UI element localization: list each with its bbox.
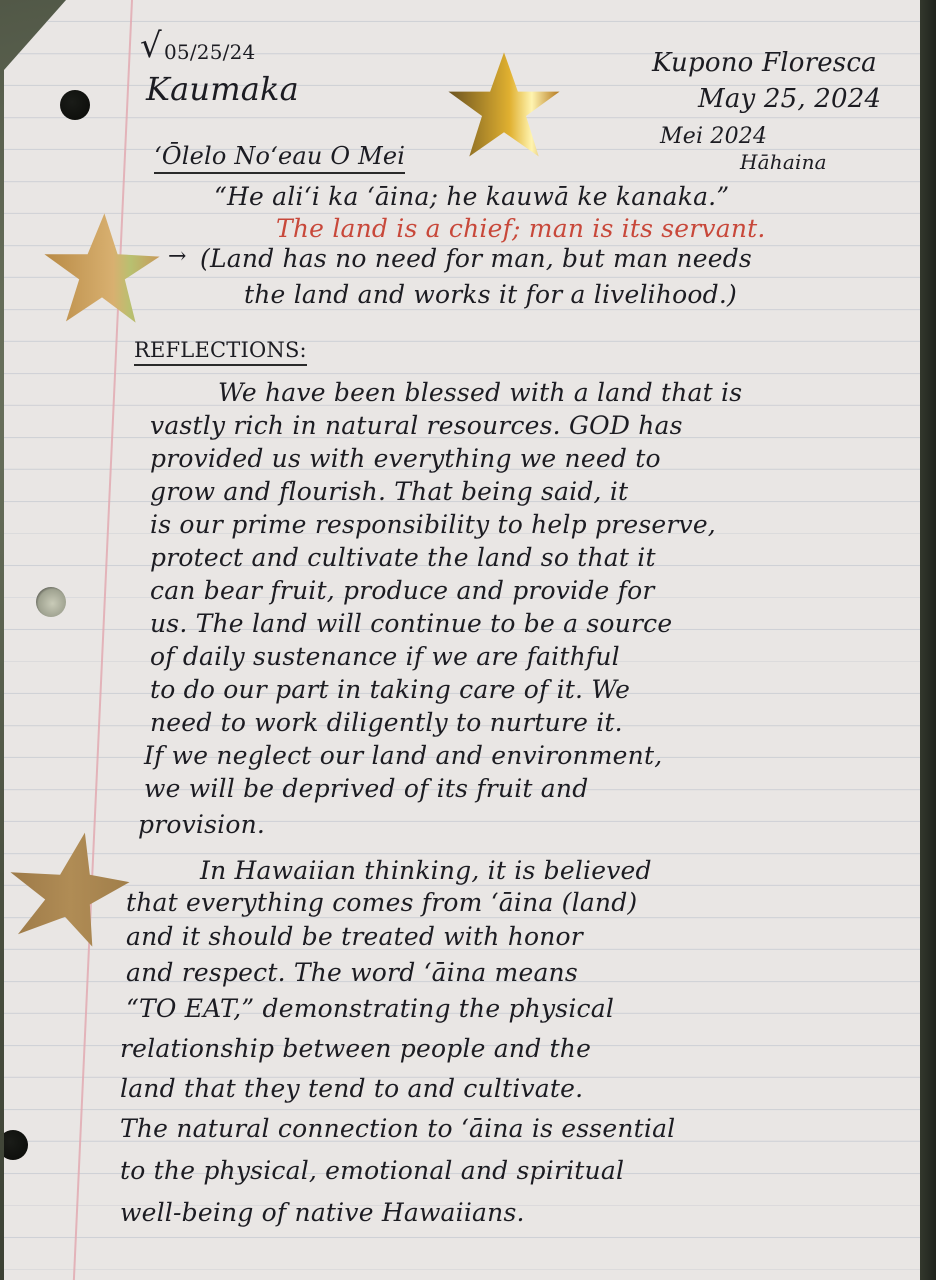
text-line: In Hawaiian thinking, it is believed	[200, 856, 652, 885]
month-label: Mei 2024	[660, 124, 767, 149]
text-line: we will be deprived of its fruit and	[144, 774, 588, 803]
author-name: Kupono Floresca	[652, 48, 877, 78]
text-line: protect and cultivate the land so that i…	[150, 543, 656, 572]
notebook-page: √ 05/25/24 Kaumaka Kupono Floresca May 2…	[4, 0, 920, 1280]
text-line: land that they tend to and cultivate.	[120, 1074, 583, 1103]
section-heading: REFLECTIONS:	[134, 338, 307, 366]
proverb-explanation-line: (Land has no need for man, but man needs	[200, 244, 752, 273]
check-mark: √	[140, 26, 162, 66]
text-line: We have been blessed with a land that is	[218, 378, 742, 407]
entry-date: 05/25/24	[164, 40, 255, 64]
gold-star-sticker-icon	[444, 50, 564, 160]
text-line: of daily sustenance if we are faithful	[150, 642, 620, 671]
header-date: May 25, 2024	[698, 84, 881, 114]
gold-star-sticker-icon	[8, 826, 132, 952]
text-line: provided us with everything we need to	[150, 444, 661, 473]
page-title: ʻŌlelo Noʻeau O Mei	[154, 142, 405, 174]
punch-hole-top	[60, 90, 90, 120]
text-line: grow and flourish. That being said, it	[150, 477, 628, 506]
text-line: and respect. The word ʻāina means	[126, 958, 578, 987]
text-line: us. The land will continue to be a sourc…	[150, 609, 672, 638]
text-line: relationship between people and the	[120, 1034, 591, 1063]
text-line: provision.	[138, 810, 265, 839]
text-line: If we neglect our land and environment,	[144, 741, 662, 770]
text-line: need to work diligently to nurture it.	[150, 708, 623, 737]
text-line: well-being of native Hawaiians.	[120, 1198, 525, 1227]
proverb-hawaiian: “He aliʻi ka ʻāina; he kauwā ke kanaka.”	[214, 182, 729, 211]
proverb-translation: The land is a chief; man is its servant.	[276, 214, 766, 243]
text-line: vastly rich in natural resources. GOD ha…	[150, 411, 683, 440]
text-line: to do our part in taking care of it. We	[150, 675, 630, 704]
arrow-icon: →	[168, 244, 187, 269]
proverb-explanation-line: the land and works it for a livelihood.)	[244, 280, 737, 309]
signature: Kaumaka	[146, 70, 299, 108]
punch-hole-bottom	[0, 1130, 28, 1160]
text-line: to the physical, emotional and spiritual	[120, 1156, 624, 1185]
text-line: The natural connection to ʻāina is essen…	[120, 1114, 675, 1143]
punch-hole-middle	[36, 587, 66, 617]
text-line: can bear fruit, produce and provide for	[150, 576, 655, 605]
gold-star-sticker-icon	[42, 210, 162, 326]
text-line: “TO EAT,” demonstrating the physical	[126, 994, 614, 1023]
text-line: and it should be treated with honor	[126, 922, 583, 951]
text-line: is our prime responsibility to help pres…	[150, 510, 716, 539]
text-line: that everything comes from ʻāina (land)	[126, 888, 637, 917]
header-note: Hāhaina	[740, 150, 827, 174]
